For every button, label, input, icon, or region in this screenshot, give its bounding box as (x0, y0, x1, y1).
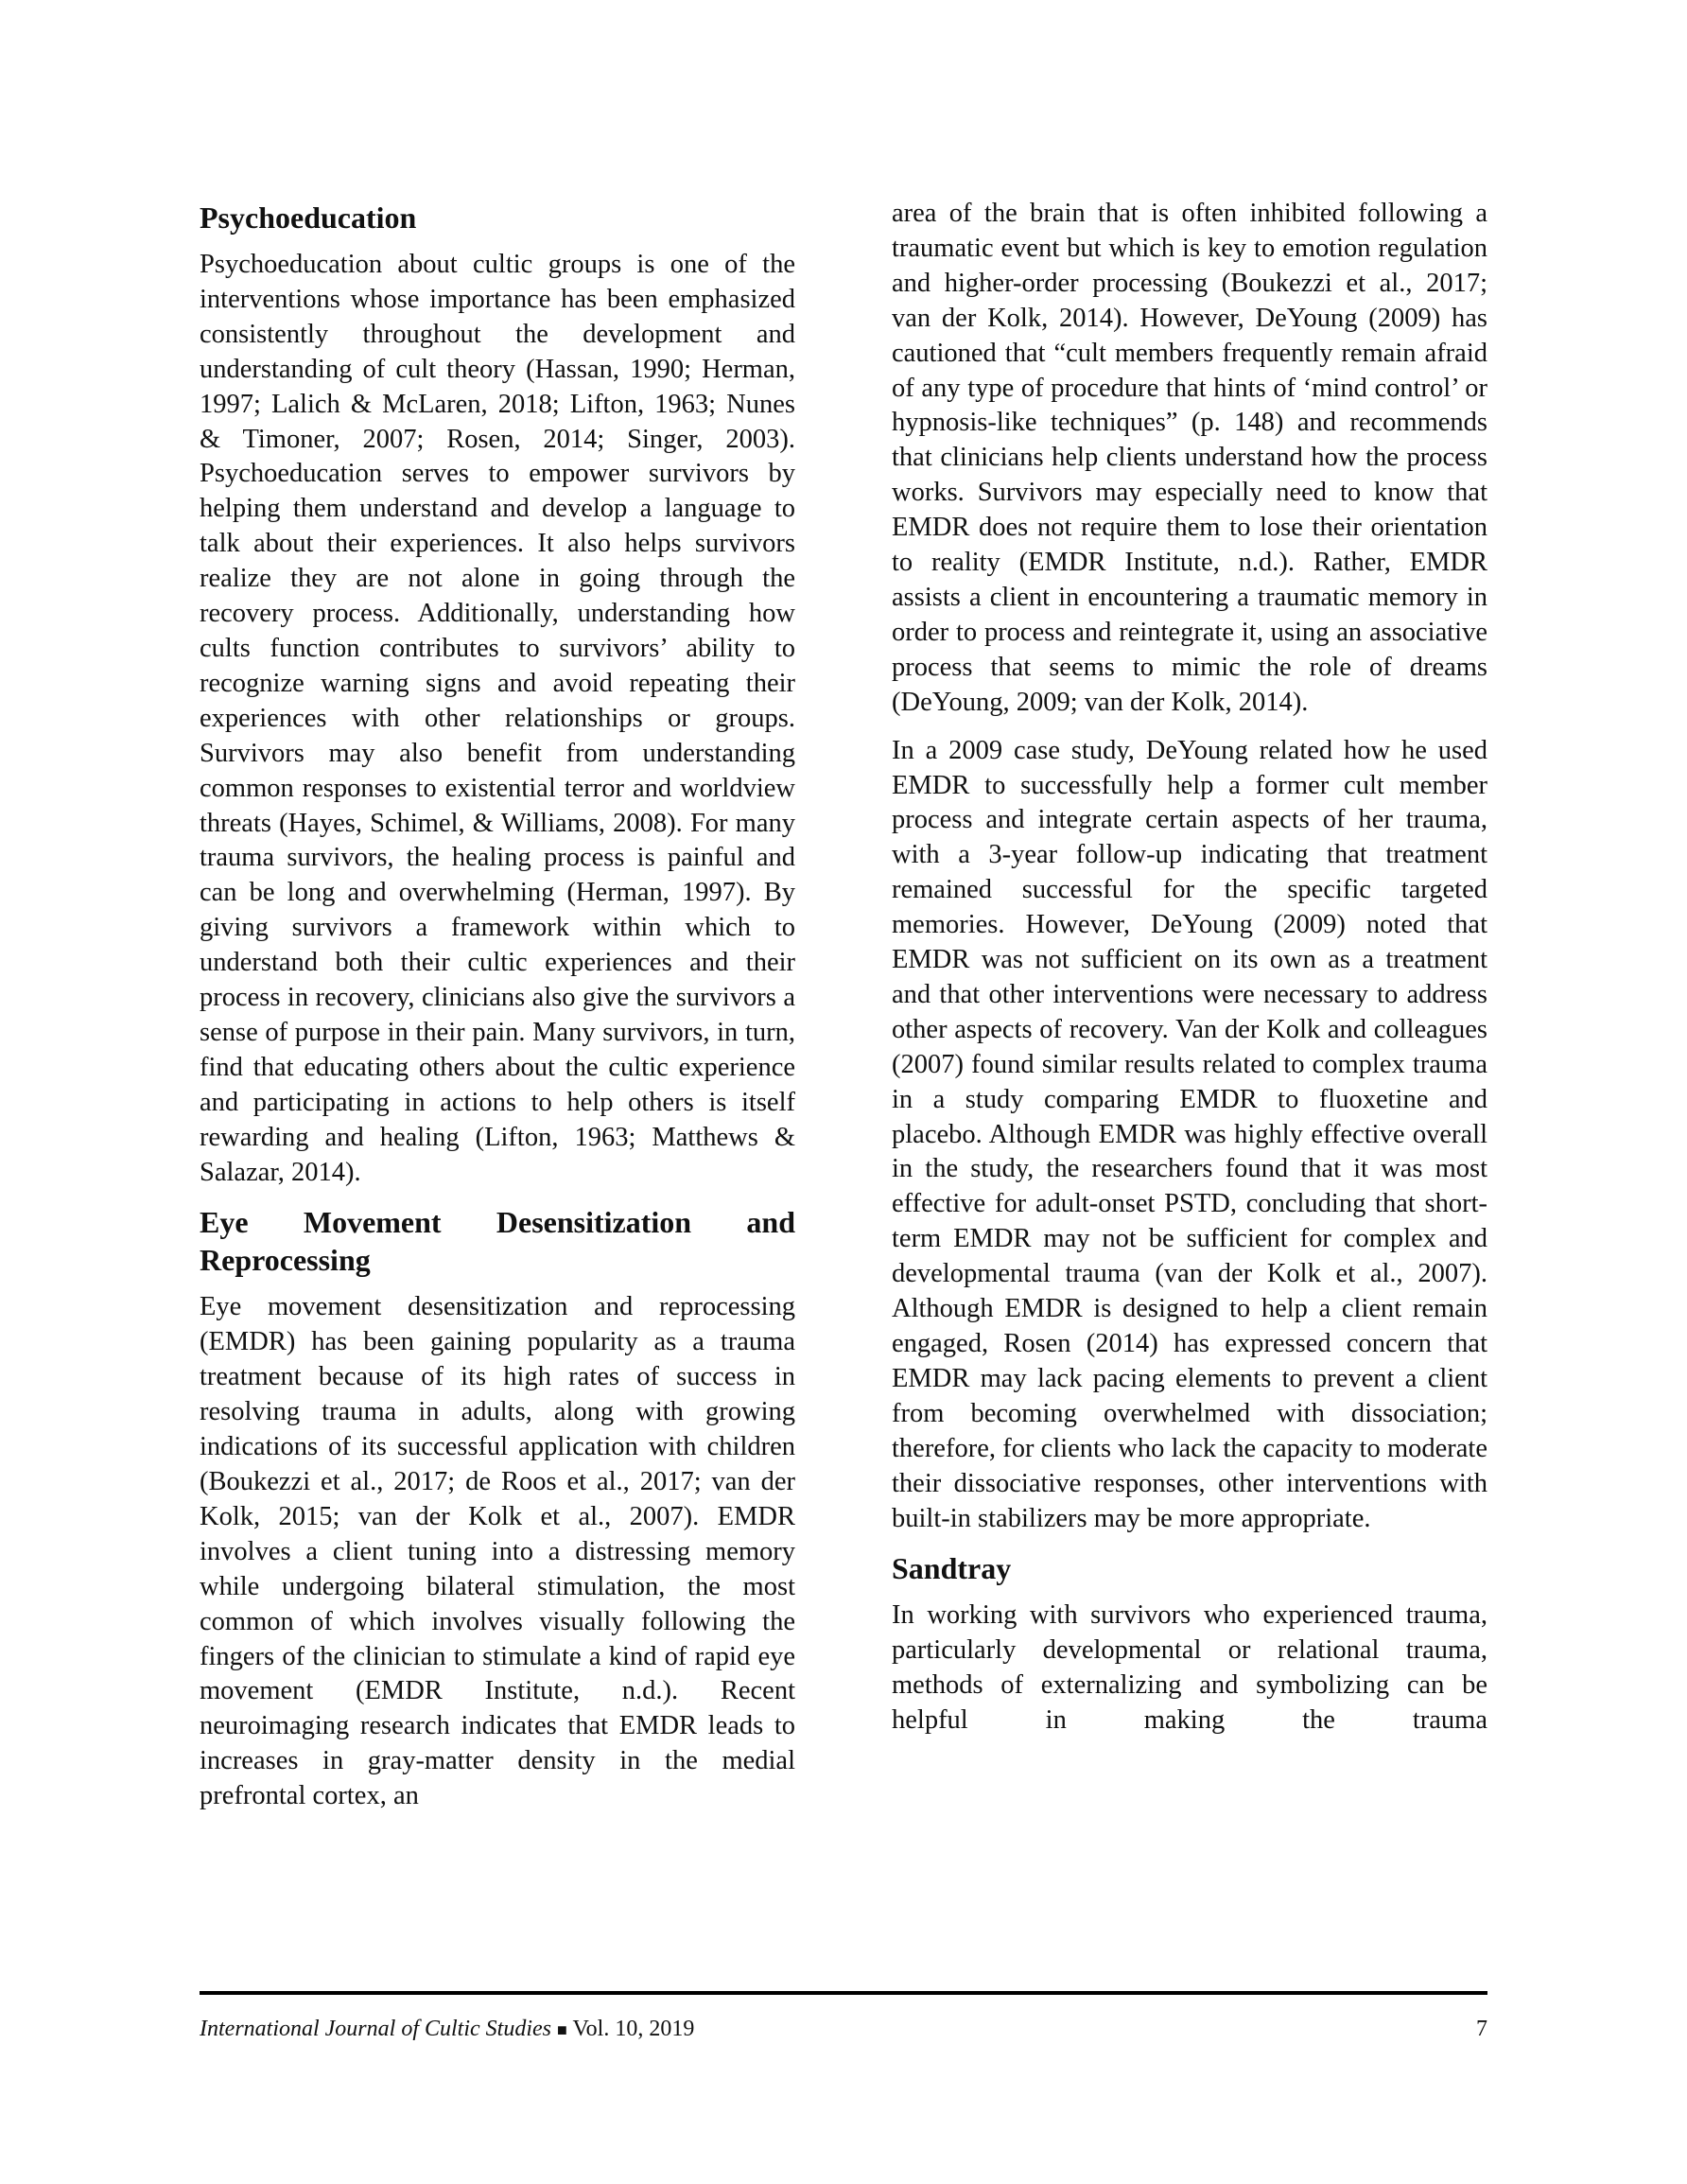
left-column: Psychoeducation Psychoeducation about cu… (200, 199, 795, 1827)
paragraph: area of the brain that is often inhibite… (892, 197, 1487, 721)
volume-info: Vol. 10, 2019 (572, 2017, 694, 2041)
section-heading-psychoeducation: Psychoeducation (200, 199, 795, 236)
separator-square-icon: ■ (557, 2020, 567, 2039)
journal-name: International Journal of Cultic Studies (200, 2017, 551, 2041)
paragraph: In working with survivors who experience… (892, 1599, 1487, 1738)
paragraph: Psychoeducation about cultic groups is o… (200, 248, 795, 1190)
right-column: area of the brain that is often inhibite… (892, 197, 1487, 1752)
page-footer: International Journal of Cultic Studies … (200, 2017, 1487, 2042)
paragraph: In a 2009 case study, DeYoung related ho… (892, 734, 1487, 1537)
section-heading-sandtray: Sandtray (892, 1549, 1487, 1587)
footer-rule (200, 1991, 1487, 1995)
footer-citation: International Journal of Cultic Studies … (200, 2017, 694, 2042)
section-heading-emdr: Eye Movement Desensitization and Reproce… (200, 1203, 795, 1279)
page-number: 7 (1476, 2017, 1487, 2042)
paragraph: Eye movement desensitization and reproce… (200, 1290, 795, 1814)
